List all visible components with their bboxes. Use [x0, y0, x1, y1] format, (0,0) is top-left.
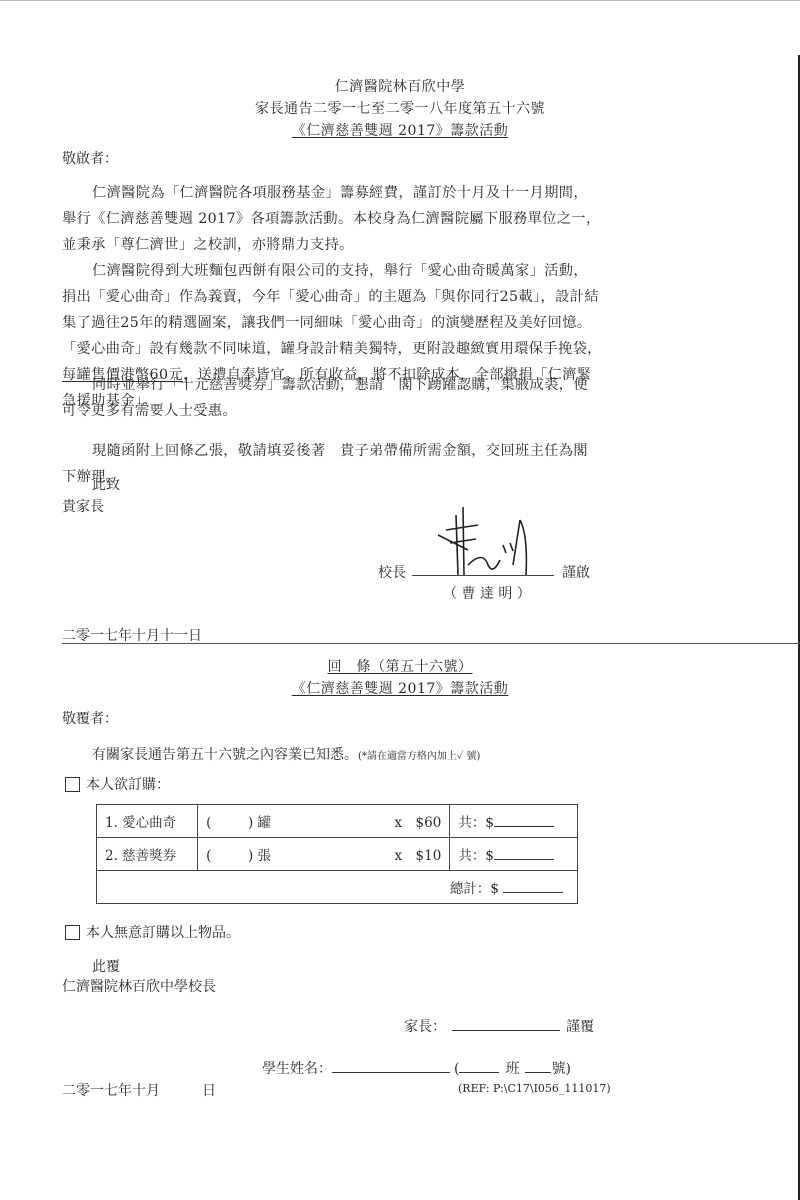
decline-checkbox[interactable] — [65, 925, 80, 940]
activity-title: 《仁濟慈善雙週 2017》籌款活動 — [0, 120, 800, 140]
table-row: 2. 慈善獎券 ( ) 張 x $10 共：$ — [97, 838, 578, 871]
quantity-cell: ( ) 罐 x $60 — [198, 805, 450, 838]
reply-salutation: 敬覆者： — [62, 708, 118, 728]
principal-name: （ 曹 達 明 ） — [443, 583, 531, 603]
qty-close-paren: ) — [248, 848, 253, 864]
signature-scribble-icon — [428, 495, 548, 580]
subtotal-input[interactable] — [494, 812, 554, 827]
paragraph-1: 仁濟醫院為「仁濟醫院各項服務基金」籌募經費，謹訂於十月及十一月期間，舉行《仁濟慈… — [62, 180, 602, 258]
school-name: 仁濟醫院林百欣中學 — [0, 76, 800, 96]
subtotal-cell: 共：$ — [450, 805, 578, 838]
number-label: 號) — [551, 1061, 570, 1077]
reply-slip-title: 回 條（第五十六號） — [0, 656, 800, 676]
class-number-input[interactable] — [525, 1058, 551, 1073]
checkbox-instruction: (*請在適當方格內加上✓ 號) — [358, 751, 480, 762]
paragraph-3: 同時並舉行「十元慈善獎券」籌款活動，懇請 閣下踴躍認購，集腋成裘，便可令更多有需… — [62, 372, 602, 424]
quantity-input[interactable] — [216, 813, 244, 827]
table-row-total: 總計：$ — [97, 871, 578, 904]
total-cell: 總計：$ — [97, 871, 578, 904]
parent-signature-field: 家長：謹覆 — [404, 1016, 594, 1036]
salutation: 敬啟者： — [62, 148, 118, 168]
principal-label: 校長 — [378, 562, 406, 582]
reply-date: 二零一七年十月 日 — [62, 1080, 216, 1100]
parent-signature-input[interactable] — [452, 1016, 560, 1031]
reply-slip-subtitle-text: 《仁濟慈善雙週 2017》籌款活動 — [292, 681, 509, 697]
closing-regards: 此致 — [92, 474, 120, 494]
tear-off-divider — [62, 643, 800, 644]
item-name: 1. 愛心曲奇 — [97, 805, 198, 838]
unit-price: x $60 — [394, 811, 441, 831]
parent-label: 家長： — [404, 1019, 446, 1035]
subtotal-cell: 共：$ — [450, 838, 578, 871]
subtotal-label: 共：$ — [458, 815, 494, 831]
order-checkbox[interactable] — [65, 777, 80, 792]
paragraph-1-text: 仁濟醫院為「仁濟醫院各項服務基金」籌募經費，謹訂於十月及十一月期間，舉行《仁濟慈… — [62, 185, 601, 253]
paragraph-4-text: 現隨函附上回條乙張，敬請填妥後著 貴子弟帶備所需金額，交回班主任為閣下辦理。 — [62, 443, 588, 485]
principal-suffix: 謹啟 — [562, 562, 590, 582]
notice-number: 家長通告二零一七至二零一八年度第五十六號 — [0, 98, 800, 118]
qty-open-paren: ( — [206, 815, 211, 831]
quantity-cell: ( ) 張 x $10 — [198, 838, 450, 871]
closing-recipient: 貴家長 — [62, 496, 104, 516]
scan-top-edge — [0, 0, 800, 1]
total-label: 總計：$ — [450, 881, 499, 897]
unit-price: x $10 — [394, 844, 441, 864]
quantity-input[interactable] — [216, 846, 244, 860]
paragraph-3-text: 同時並舉行「十元慈善獎券」籌款活動，懇請 閣下踴躍認購，集腋成裘，便可令更多有需… — [62, 377, 588, 419]
acknowledgement: 有關家長通告第五十六號之內容業已知悉。(*請在適當方格內加上✓ 號) — [92, 744, 480, 764]
decline-option-label: 本人無意訂購以上物品。 — [86, 922, 240, 942]
order-table: 1. 愛心曲奇 ( ) 罐 x $60 共：$ 2. 慈善獎券 ( ) 張 x … — [96, 804, 578, 904]
activity-title-text: 《仁濟慈善雙週 2017》籌款活動 — [292, 123, 509, 139]
unit-label: 張 — [258, 848, 272, 864]
subtotal-input[interactable] — [494, 845, 554, 860]
unit-label: 罐 — [258, 815, 272, 831]
paragraph-4: 現隨函附上回條乙張，敬請填妥後著 貴子弟帶備所需金額，交回班主任為閣下辦理。 — [62, 438, 602, 490]
student-name-label: 學生姓名： — [262, 1061, 332, 1077]
reply-slip-subtitle: 《仁濟慈善雙週 2017》籌款活動 — [0, 678, 800, 698]
table-row: 1. 愛心曲奇 ( ) 罐 x $60 共：$ — [97, 805, 578, 838]
item-name: 2. 慈善獎券 — [97, 838, 198, 871]
subtotal-label: 共：$ — [458, 848, 494, 864]
order-option-label: 本人欲訂購： — [86, 774, 170, 794]
student-name-input[interactable] — [332, 1058, 450, 1073]
paragraph-2-text: 仁濟醫院得到大班麵包西餅有限公司的支持，舉行「愛心曲奇暖萬家」活動，捐出「愛心曲… — [62, 263, 602, 357]
total-input[interactable] — [503, 878, 563, 893]
reply-closing: 此覆 — [92, 956, 120, 976]
class-input[interactable] — [459, 1058, 499, 1073]
signature-line — [412, 575, 554, 576]
student-name-field: 學生姓名：(班號) — [262, 1058, 571, 1078]
letter-date: 二零一七年十月十一日 — [62, 625, 202, 645]
reference-code: (REF: P:\C17\I056_111017) — [458, 1082, 611, 1095]
qty-close-paren: ) — [248, 815, 253, 831]
reply-recipient: 仁濟醫院林百欣中學校長 — [62, 976, 216, 996]
reply-slip-title-text: 回 條（第五十六號） — [328, 659, 473, 675]
acknowledgement-text: 有關家長通告第五十六號之內容業已知悉。 — [92, 747, 358, 763]
parent-suffix: 謹覆 — [566, 1019, 594, 1035]
class-label: 班 — [505, 1061, 519, 1077]
qty-open-paren: ( — [206, 848, 211, 864]
